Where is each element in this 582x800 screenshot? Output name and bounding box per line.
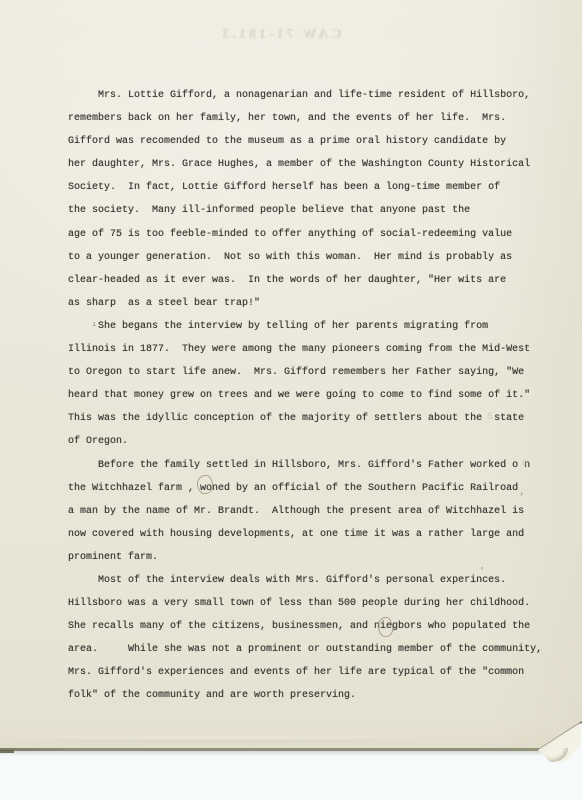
scanned-document-page: CAW 71-181.3 Mrs. Lottie Gifford, a nona…: [0, 0, 582, 800]
typewritten-text-block: Mrs. Lottie Gifford, a nonagenarian and …: [68, 84, 548, 708]
text-line: prominent farm.: [68, 546, 548, 569]
text-line: a man by the name of Mr. Brandt. Althoug…: [68, 500, 548, 523]
text-line: heard that money grew on trees and we we…: [68, 384, 548, 407]
text-line: area. While she was not a prominent or o…: [68, 638, 548, 661]
text-line: the society. Many ill-informed people be…: [68, 199, 548, 222]
text-line: Hillsboro was a very small town of less …: [68, 592, 548, 615]
text-line: her daughter, Mrs. Grace Hughes, a membe…: [68, 153, 548, 176]
text-line: folk" of the community and are worth pre…: [68, 684, 548, 707]
text-line: the Witchhazel farm , woned by an offici…: [68, 477, 548, 500]
text-line: remembers back on her family, her town, …: [68, 107, 548, 130]
text-line: She begans the interview by telling of h…: [68, 315, 548, 338]
paper-sheet: CAW 71-181.3 Mrs. Lottie Gifford, a nona…: [0, 0, 582, 750]
paper-crease: [0, 736, 430, 742]
text-line: Before the family settled in Hillsboro, …: [68, 454, 548, 477]
text-line: clear-headed as it ever was. In the word…: [68, 269, 548, 292]
text-line: age of 75 is too feeble-minded to offer …: [68, 223, 548, 246]
bleedthrough-text: CAW 71-181.3: [178, 27, 383, 43]
text-line: Illinois in 1877. They were among the ma…: [68, 338, 548, 361]
text-line: Society. In fact, Lottie Gifford herself…: [68, 176, 548, 199]
paper-edge-shadow: [0, 751, 545, 756]
text-line: as sharp as a steel bear trap!": [68, 292, 548, 315]
text-line: to a younger generation. Not so with thi…: [68, 246, 548, 269]
text-line: Mrs. Gifford's experiences and events of…: [68, 661, 548, 684]
text-line: of Oregon.: [68, 430, 548, 453]
text-line: Mrs. Lottie Gifford, a nonagenarian and …: [68, 84, 548, 107]
text-line: Gifford was recomended to the museum as …: [68, 130, 548, 153]
text-line: now covered with housing developments, a…: [68, 523, 548, 546]
text-line: This was the idyllic conception of the m…: [68, 407, 548, 430]
text-line: She recalls many of the citizens, busine…: [68, 615, 548, 638]
text-line: to Oregon to start life anew. Mrs. Giffo…: [68, 361, 548, 384]
text-line: Most of the interview deals with Mrs. Gi…: [68, 569, 548, 592]
